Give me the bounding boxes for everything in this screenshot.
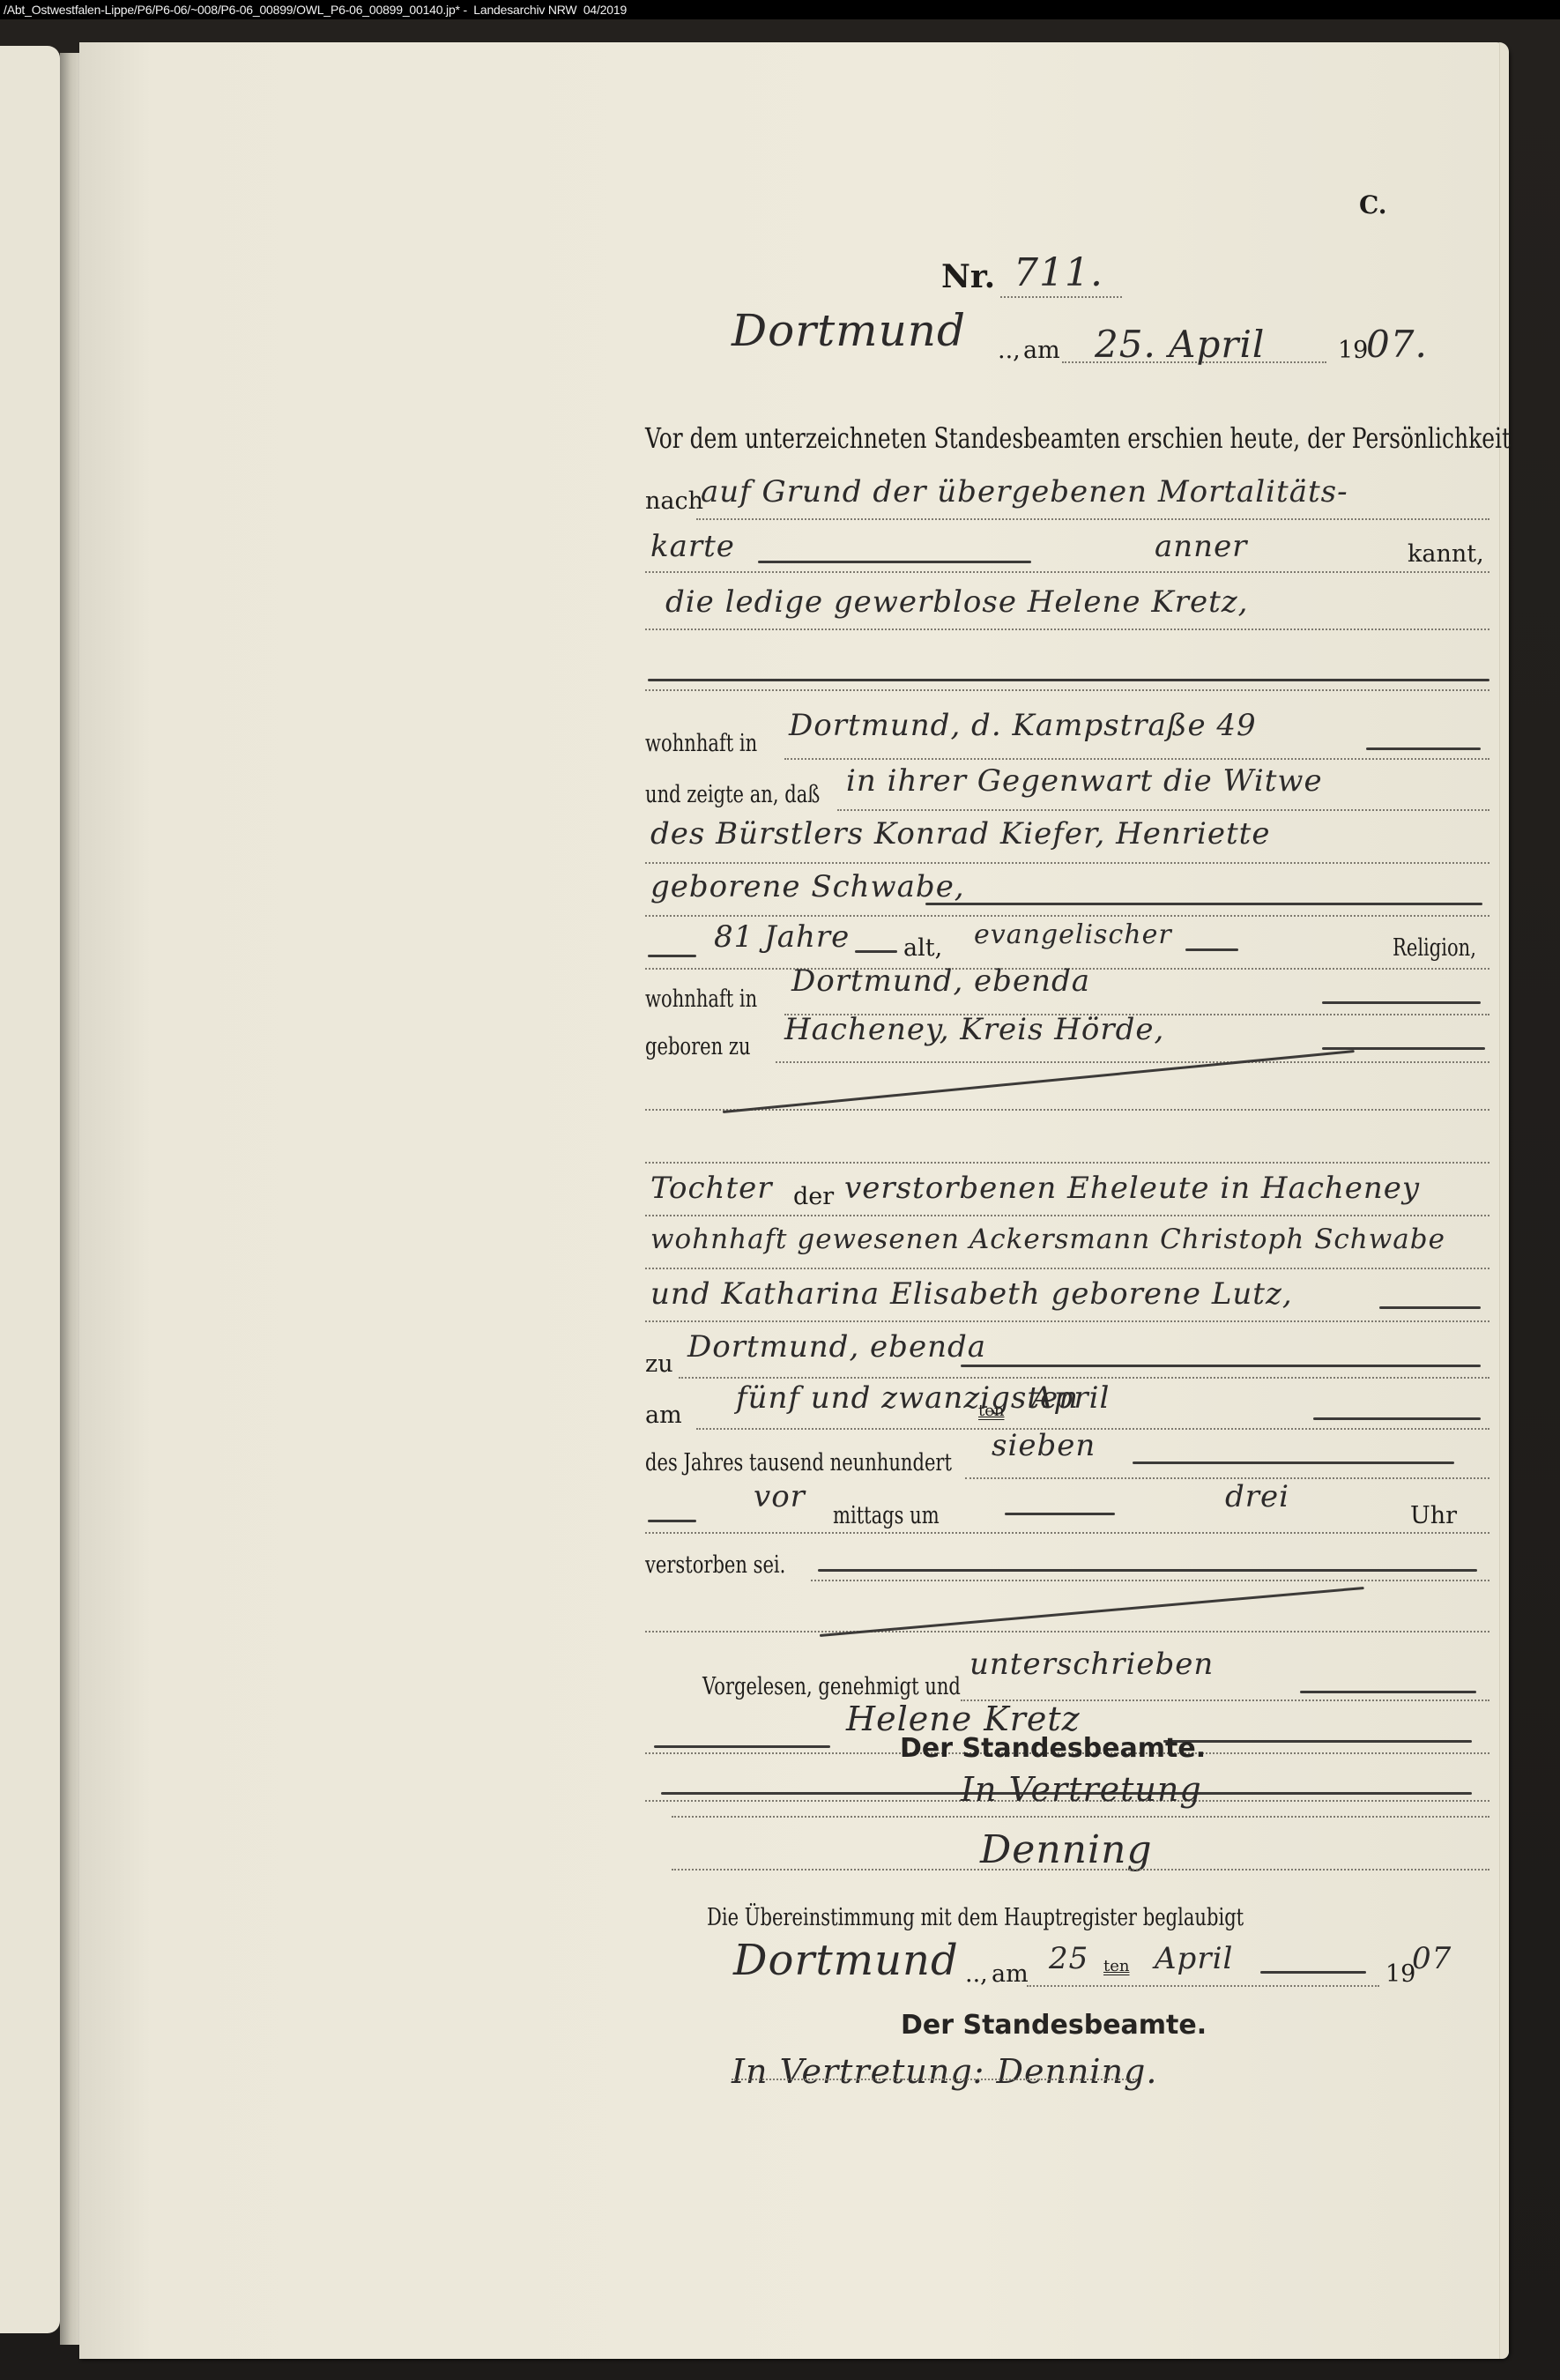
mittags-label: mittags um [833,1502,940,1529]
religion-value: evangelischer [974,919,1172,950]
birthplace: Hacheney, Kreis Hörde, [784,1012,1164,1047]
read-approved-value: unterschrieben [969,1647,1214,1682]
kannt-label: kannt, [1408,540,1484,568]
age: 81 Jahre [714,919,850,955]
time-prefix: vor [754,1479,806,1514]
nach-label: nach [645,487,703,515]
parents-line-3: und Katharina Elisabeth geborene Lutz, [650,1276,1293,1312]
deceased-line-3: geborene Schwabe, [650,869,965,904]
cert-day: 25 [1049,1941,1088,1976]
page-edge [1499,42,1509,2359]
form-letter: C. [1359,190,1387,219]
cert-year-suffix: 07 [1412,1941,1452,1976]
cert-month: April [1155,1941,1233,1976]
identification-line-1: auf Grund der übergebenen Mortalitäts- [701,474,1348,509]
deceased-residence: Dortmund, ebenda [791,963,1090,999]
deceased-residence-label: wohnhaft in [645,985,757,1013]
left-page-edge [0,46,60,2333]
read-approved-label: Vorgelesen, genehmigt und [702,1673,961,1700]
der-label: der [793,1183,834,1210]
year-label: des Jahres tausend neunhundert [645,1449,952,1476]
death-day: fünf und zwanzigsten [736,1380,1079,1416]
number-label: Nr. [941,258,995,295]
intro-line: Vor dem unterzeichneten Standesbeamten e… [645,421,1511,455]
register-page: C. Nr. 711. Dortmund .., am 25. April 19… [79,42,1509,2359]
cert-suffix: .., [965,1960,988,1988]
record-number: 711. [1014,250,1103,295]
registrar-signature-1: In Vertretung [961,1770,1202,1809]
am-label-2: am [645,1402,682,1429]
am-label: am [1023,337,1060,364]
birthplace-label: geboren zu [645,1033,751,1060]
ten-label: ten [978,1402,1004,1420]
registrar-heading: Der Standesbeamte. [900,1733,1206,1764]
registrar-final-signature: In Vertretung: Denning. [732,2052,1157,2091]
death-hour: drei [1225,1479,1289,1514]
alt-label: alt, [903,934,942,962]
verstorben-label: verstorben sei. [645,1551,785,1579]
uhr-label: Uhr [1410,1502,1457,1529]
year-suffix: 07. [1366,323,1428,366]
place-handwritten: Dortmund [732,305,966,356]
informant-residence: Dortmund, d. Kampstraße 49 [789,708,1257,743]
identification-line-2: karte [650,529,735,564]
zeigte-label: und zeigte an, daß [645,781,820,808]
religion-label: Religion, [1393,934,1476,962]
zu-label: zu [645,1350,673,1378]
cert-ten: ten [1103,1957,1129,1975]
year-prefix: 19 [1338,337,1368,364]
informant-name: die ledige gewerblose Helene Kretz, [665,584,1249,620]
registrar-heading-2: Der Standesbeamte. [901,2010,1207,2041]
death-place: Dortmund, ebenda [687,1329,986,1365]
parents-line-1: Tochter [650,1171,772,1206]
identification-line-3: anner [1155,529,1247,564]
parents-line-1b: verstorbenen Eheleute in Hacheney [844,1171,1420,1206]
deceased-line-2: des Bürstlers Konrad Kiefer, Henriette [650,816,1270,852]
residence-label: wohnhaft in [645,730,757,757]
cert-place: Dortmund [733,1936,959,1985]
place-suffix: .., [998,337,1021,364]
cert-am: am [992,1960,1029,1988]
registrar-signature-2: Denning [980,1827,1153,1872]
death-month: April [1031,1380,1110,1416]
certification-line: Die Übereinstimmung mit dem Hauptregiste… [707,1904,1244,1931]
death-year: sieben [992,1428,1096,1463]
registration-date: 25. April [1095,323,1265,366]
parents-line-2: wohnhaft gewesenen Ackersmann Christoph … [650,1223,1445,1255]
deceased-line-1: in ihrer Gegenwart die Witwe [846,763,1323,799]
window-title-bar: /Abt_Ostwestfalen-Lippe/P6/P6-06/~008/P6… [0,0,1560,19]
